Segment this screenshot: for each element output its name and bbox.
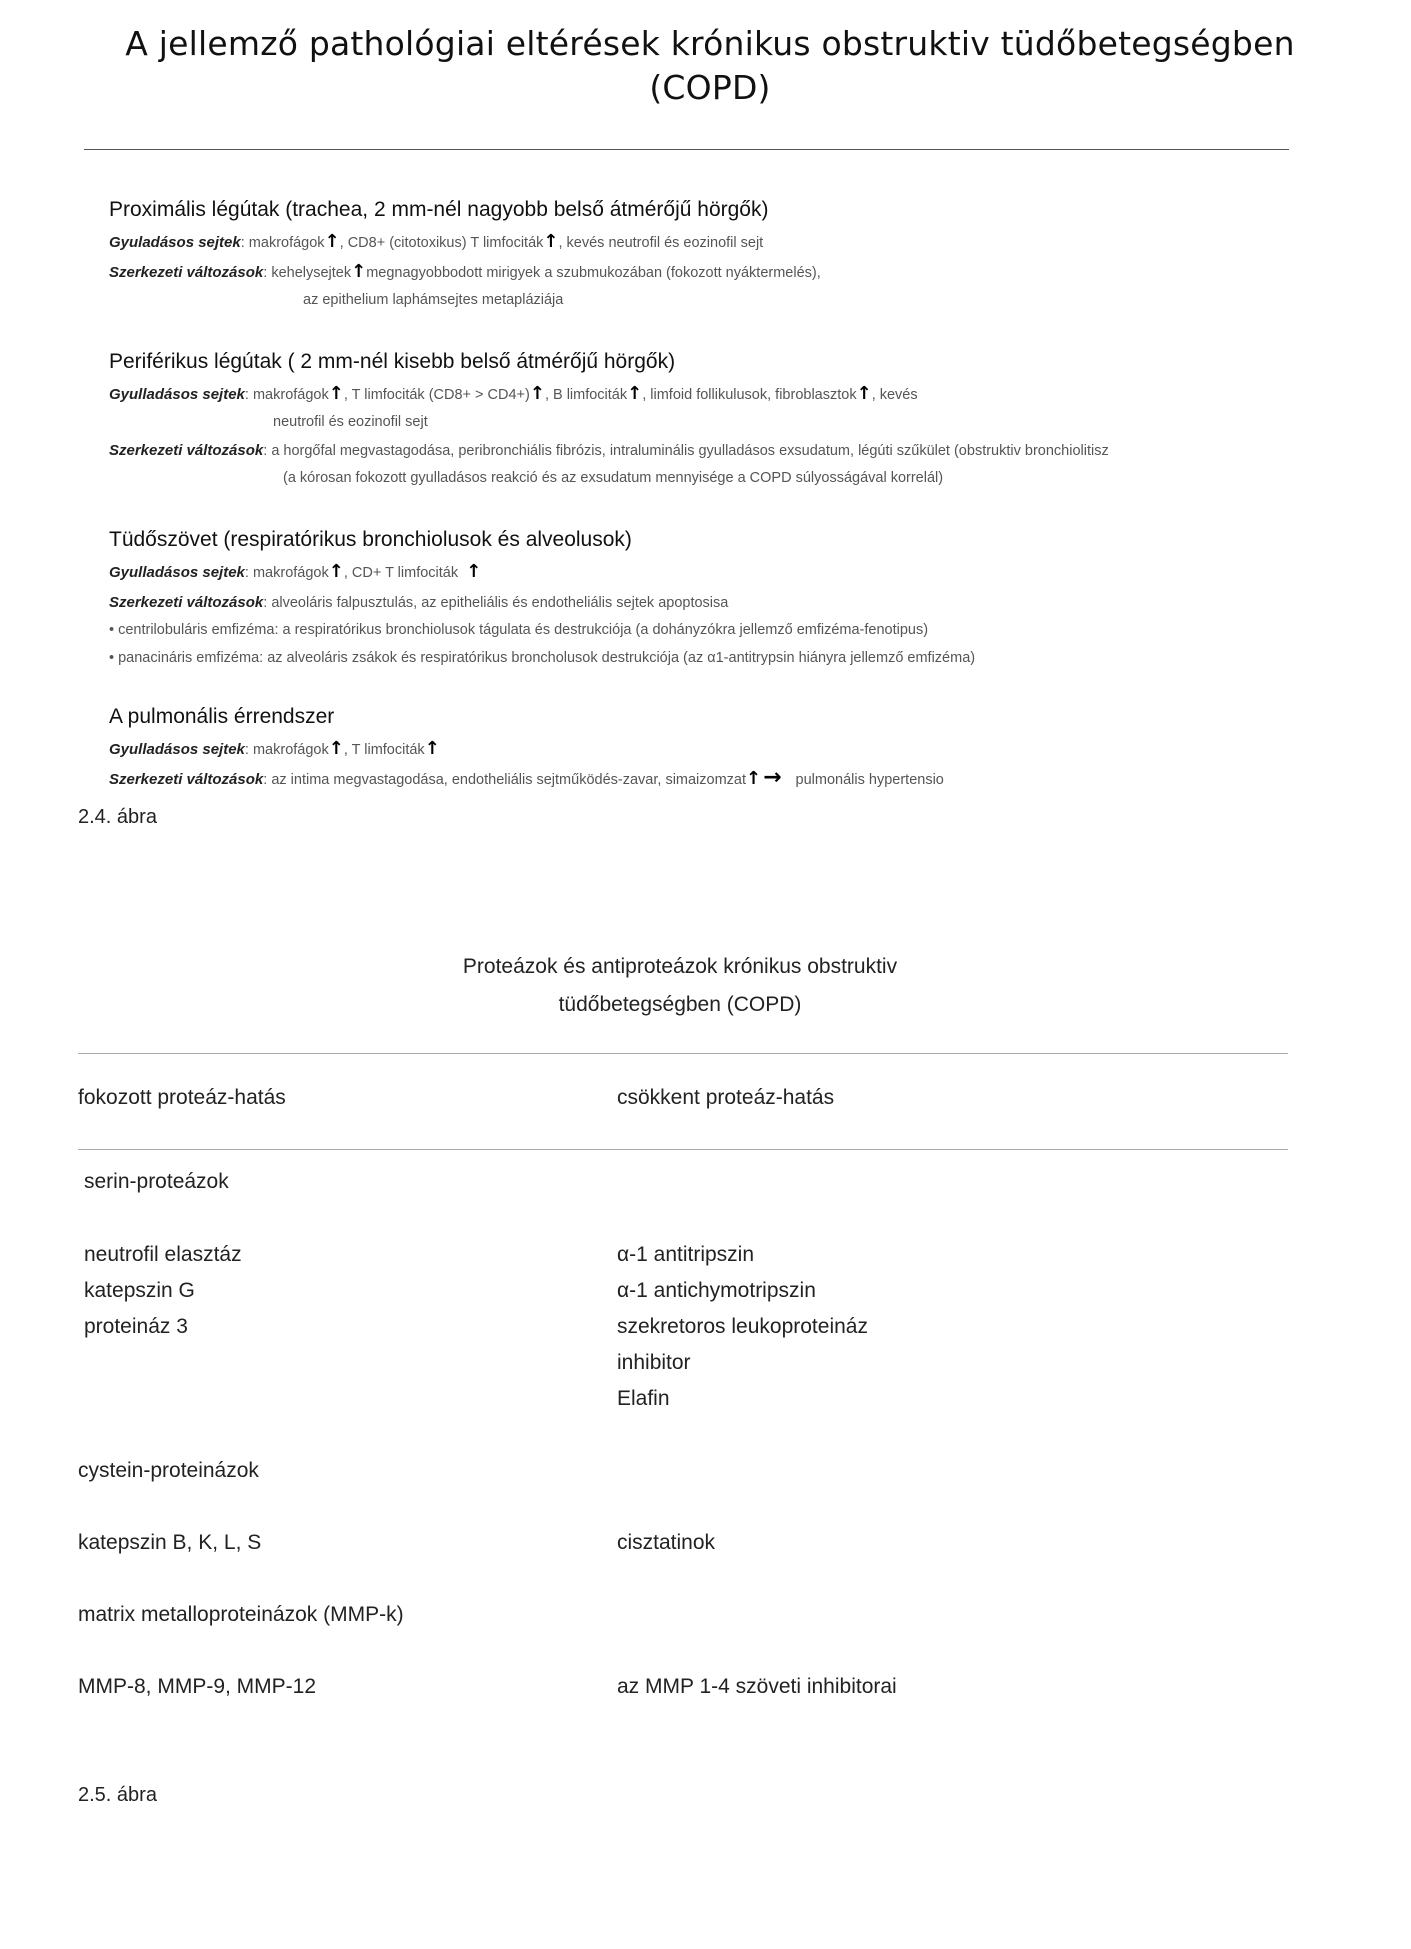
figure1-title-line1: A jellemző pathológiai eltérések króniku… (60, 22, 1360, 66)
bullet-panacinar: • panacináris emfizéma: az alveoláris zs… (109, 650, 975, 666)
antiprotease-item: α-1 antichymotripszin (617, 1279, 816, 1303)
inflammatory-text: makrofágok (253, 565, 329, 581)
proximal-structural-continuation: az epithelium laphámsejtes metapláziája (303, 292, 563, 308)
peripheral-structural-continuation: (a kórosan fokozott gyulladásos reakció … (283, 470, 943, 486)
inflammatory-text: , CD8+ (citotoxikus) T limfociták (340, 235, 544, 251)
arrow-up-icon: ↑ (466, 561, 481, 582)
result-text: pulmonális hypertensio (796, 772, 944, 788)
structural-text: a horgőfal megvastagodása, peribronchiál… (271, 443, 1108, 459)
table-top-rule (78, 1053, 1288, 1054)
arrow-up-icon: ↑ (627, 383, 642, 404)
lung-structural-line: Szerkezeti változások: alveoláris falpus… (109, 594, 728, 611)
arrow-up-icon: ↑ (329, 738, 344, 759)
antiprotease-item: cisztatinok (617, 1531, 715, 1555)
inflammatory-label: Gyulladásos sejtek (109, 386, 245, 403)
figure1-caption: 2.4. ábra (78, 806, 157, 829)
section-heading-peripheral: Periférikus légútak ( 2 mm-nél kisebb be… (109, 350, 675, 374)
proximal-structural-line: Szerkezeti változások: kehelysejtek↑megn… (109, 264, 821, 281)
inflammatory-text: makrofágok (253, 742, 329, 758)
arrow-up-icon: ↑ (543, 231, 558, 252)
arrow-up-icon: ↑ (325, 231, 340, 252)
proximal-inflammatory-line: Gyuladásos sejtek: makrofágok↑, CD8+ (ci… (109, 234, 763, 251)
arrow-up-icon: ↑ (746, 768, 761, 789)
structural-text: alveoláris falpusztulás, az epitheliális… (271, 595, 728, 611)
column-header-decreased: csökkent proteáz-hatás (617, 1086, 834, 1110)
section-heading-pulmonary-vasculature: A pulmonális érrendszer (109, 705, 334, 729)
protease-item: MMP-8, MMP-9, MMP-12 (78, 1675, 316, 1699)
arrow-up-icon: ↑ (530, 383, 545, 404)
inflammatory-label: Gyulladásos sejtek (109, 564, 245, 581)
figure2-title-line1: Proteázok és antiproteázok krónikus obst… (300, 948, 1060, 986)
lung-inflammatory-line: Gyulladásos sejtek: makrofágok↑, CD+ T l… (109, 564, 481, 581)
inflammatory-text: , kevés neutrofil és eozinofil sejt (558, 235, 763, 251)
figure1-divider (84, 149, 1289, 150)
inflammatory-text: , limfoid follikulusok, fibroblasztok (642, 387, 856, 403)
group-heading-mmp: matrix metalloproteinázok (MMP-k) (78, 1603, 404, 1627)
antiprotease-item: szekretoros leukoproteináz (617, 1315, 868, 1339)
inflammatory-text: , T limfociták (344, 742, 425, 758)
inflammatory-text: , CD+ T limfociták (344, 565, 458, 581)
inflammatory-text: , T limfociták (CD8+ > CD4+) (344, 387, 530, 403)
section-heading-lung-tissue: Tüdőszövet (respiratórikus bronchiolusok… (109, 528, 632, 552)
antiprotease-item: az MMP 1-4 szöveti inhibitorai (617, 1675, 897, 1699)
figure2-title-line2: tüdőbetegségben (COPD) (300, 986, 1060, 1024)
inflammatory-text: makrofágok (249, 235, 325, 251)
arrow-up-icon: ↑ (351, 261, 366, 282)
vascular-inflammatory-line: Gyulladásos sejtek: makrofágok↑, T limfo… (109, 741, 440, 758)
structural-text: az intima megvastagodása, endotheliális … (271, 772, 746, 788)
arrow-up-icon: ↑ (857, 383, 872, 404)
protease-item: katepszin G (84, 1279, 195, 1303)
vascular-structural-line: Szerkezeti változások: az intima megvast… (109, 771, 944, 788)
structural-label: Szerkezeti változások (109, 442, 263, 459)
antiprotease-item: Elafin (617, 1387, 670, 1411)
structural-text: kehelysejtek (271, 265, 351, 281)
antiprotease-item: α-1 antitripszin (617, 1243, 754, 1267)
arrow-up-icon: ↑ (329, 383, 344, 404)
protease-item: neutrofil elasztáz (84, 1243, 242, 1267)
inflammatory-text: makrofágok (253, 387, 329, 403)
peripheral-inflammatory-continuation: neutrofil és eozinofil sejt (273, 414, 428, 430)
structural-label: Szerkezeti változások (109, 771, 263, 788)
peripheral-structural-line: Szerkezeti változások: a horgőfal megvas… (109, 442, 1109, 459)
figure1-title: A jellemző pathológiai eltérések króniku… (60, 22, 1360, 110)
structural-text: megnagyobbodott mirigyek a szubmukozában… (366, 265, 821, 281)
inflammatory-label: Gyuladásos sejtek (109, 234, 241, 251)
section-heading-proximal: Proximális légútak (trachea, 2 mm-nél na… (109, 198, 768, 222)
protease-item: katepszin B, K, L, S (78, 1531, 261, 1555)
bullet-centrilobular: • centrilobuláris emfizéma: a respiratór… (109, 622, 928, 638)
figure2-caption: 2.5. ábra (78, 1784, 157, 1807)
figure2-title: Proteázok és antiproteázok krónikus obst… (300, 948, 1060, 1024)
arrow-up-icon: ↑ (425, 738, 440, 759)
table-header-rule (78, 1149, 1288, 1150)
column-header-increased: fokozott proteáz-hatás (78, 1086, 286, 1110)
inflammatory-text: , kevés (872, 387, 918, 403)
protease-item: proteináz 3 (84, 1315, 188, 1339)
arrow-right-icon: → (763, 765, 781, 790)
figure1-title-line2: (COPD) (60, 66, 1360, 110)
group-heading-serine: serin-proteázok (84, 1170, 229, 1194)
inflammatory-text: , B limfociták (545, 387, 627, 403)
structural-label: Szerkezeti változások (109, 594, 263, 611)
inflammatory-label: Gyulladásos sejtek (109, 741, 245, 758)
arrow-up-icon: ↑ (329, 561, 344, 582)
peripheral-inflammatory-line: Gyulladásos sejtek: makrofágok↑, T limfo… (109, 386, 918, 403)
group-heading-cysteine: cystein-proteinázok (78, 1459, 259, 1483)
structural-label: Szerkezeti változások (109, 264, 263, 281)
antiprotease-item: inhibitor (617, 1351, 691, 1375)
